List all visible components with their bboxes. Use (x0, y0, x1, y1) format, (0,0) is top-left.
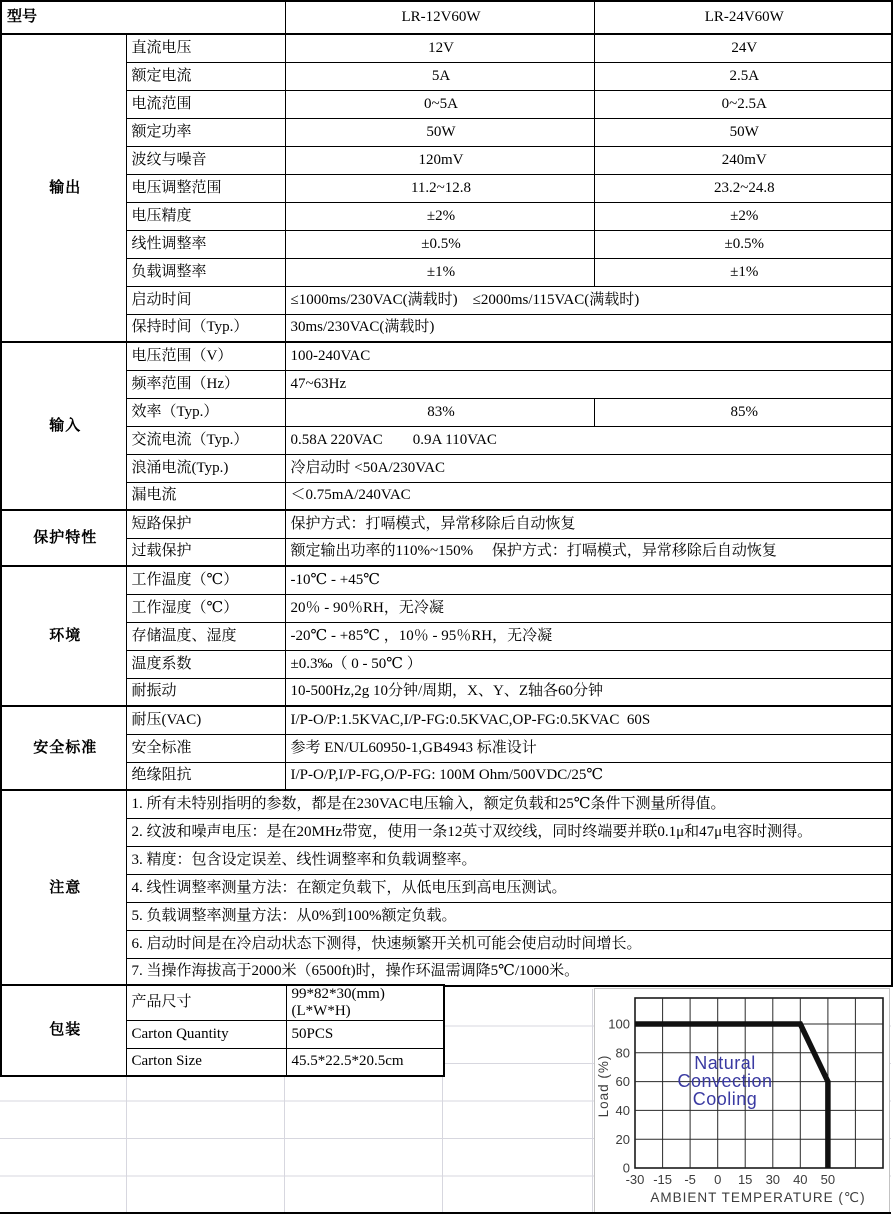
row-value: 0~5A (285, 90, 594, 118)
derating-chart: 100 80 60 40 20 0 -30 -15 -5 0 15 30 40 … (594, 988, 890, 1214)
note-text: 1. 所有未特别指明的参数，都是在230VAC电压输入，额定负载和25℃条件下测… (126, 790, 892, 818)
row-value: 50W (285, 118, 594, 146)
row-label: 频率范围（Hz） (126, 370, 285, 398)
table-bottom-border (0, 1212, 891, 1214)
row-label: 短路保护 (126, 510, 285, 538)
note-text: 2. 纹波和噪声电压：是在20MHz带宽，使用一条12英寸双绞线，同时终端要并联… (126, 818, 892, 846)
x-tick: 30 (766, 1172, 780, 1187)
x-tick-labels: -30 -15 -5 0 15 30 40 50 (626, 1172, 836, 1187)
note-text: 3. 精度：包含设定误差、线性调整率和负载调整率。 (126, 846, 892, 874)
x-tick: -5 (684, 1172, 696, 1187)
row-value: ±1% (594, 258, 892, 286)
row-value: 参考 EN/UL60950-1,GB4943 标准设计 (285, 734, 892, 762)
packaging-table: 包装 产品尺寸 99*82*30(mm)(L*W*H) Carton Quant… (0, 984, 445, 1077)
spec-table: 型号 LR-12V60W LR-24V60W 输出 直流电压 12V 24V 额… (0, 0, 893, 987)
note-text: 5. 负载调整率测量方法：从0%到100%额定负载。 (126, 902, 892, 930)
row-label: 电流范围 (126, 90, 285, 118)
x-tick: 50 (821, 1172, 835, 1187)
row-value: 50PCS (286, 1020, 444, 1048)
row-label: 浪涌电流(Typ.) (126, 454, 285, 482)
row-value: -10℃ - +45℃ (285, 566, 892, 594)
spec-row: 安全标准 耐压(VAC) I/P-O/P:1.5KVAC,I/P-FG:0.5K… (1, 706, 892, 734)
row-value: 保护方式：打嗝模式，异常移除后自动恢复 (285, 510, 892, 538)
x-axis-label: AMBIENT TEMPERATURE (℃) (650, 1190, 865, 1205)
spec-row: 电压调整范围11.2~12.823.2~24.8 (1, 174, 892, 202)
spec-row: 启动时间≤1000ms/230VAC(满载时) ≤2000ms/115VAC(满… (1, 286, 892, 314)
y-tick: 20 (616, 1132, 630, 1147)
spec-row: 输入 电压范围（V） 100-240VAC (1, 342, 892, 370)
spec-row: 注意 1. 所有未特别指明的参数，都是在230VAC电压输入，额定负载和25℃条… (1, 790, 892, 818)
spec-row: 工作湿度（℃）20％ - 90％RH，无冷凝 (1, 594, 892, 622)
spec-row: 保持时间（Typ.）30ms/230VAC(满载时) (1, 314, 892, 342)
derating-chart-svg: 100 80 60 40 20 0 -30 -15 -5 0 15 30 40 … (595, 989, 889, 1213)
y-axis-label: Load (%) (596, 1055, 611, 1118)
row-value: 47~63Hz (285, 370, 892, 398)
y-tick: 100 (608, 1017, 630, 1032)
row-label: 线性调整率 (126, 230, 285, 258)
category-protection: 保护特性 (1, 510, 126, 566)
spec-row: 额定电流5A2.5A (1, 62, 892, 90)
model-name-1: LR-12V60W (285, 1, 594, 34)
row-value: 0.58A 220VAC 0.9A 110VAC (285, 426, 892, 454)
row-value: ±0.5% (594, 230, 892, 258)
row-value: 30ms/230VAC(满载时) (285, 314, 892, 342)
row-value: 11.2~12.8 (285, 174, 594, 202)
row-value: 额定输出功率的110%~150% 保护方式：打嗝模式，异常移除后自动恢复 (285, 538, 892, 566)
category-input: 输入 (1, 342, 126, 510)
row-label: 电压范围（V） (126, 342, 285, 370)
row-label: 温度系数 (126, 650, 285, 678)
spec-row: 频率范围（Hz）47~63Hz (1, 370, 892, 398)
spec-row: 浪涌电流(Typ.)冷启动时 <50A/230VAC (1, 454, 892, 482)
row-label: 直流电压 (126, 34, 285, 62)
spec-row: 温度系数±0.3‰（ 0 - 50℃ ） (1, 650, 892, 678)
note-text: 6. 启动时间是在冷启动状态下测得，快速频繁开关机可能会使启动时间增长。 (126, 930, 892, 958)
row-value: 45.5*22.5*20.5cm (286, 1048, 444, 1076)
row-label: 绝缘阻抗 (126, 762, 285, 790)
row-label: 产品尺寸 (126, 985, 286, 1020)
spec-row: 过载保护额定输出功率的110%~150% 保护方式：打嗝模式，异常移除后自动恢复 (1, 538, 892, 566)
spec-row: 电压精度±2%±2% (1, 202, 892, 230)
row-label: Carton Quantity (126, 1020, 286, 1048)
spec-row: 环境 工作温度（℃） -10℃ - +45℃ (1, 566, 892, 594)
row-value: 0~2.5A (594, 90, 892, 118)
spec-row: 3. 精度：包含设定误差、线性调整率和负载调整率。 (1, 846, 892, 874)
spec-row: 交流电流（Typ.）0.58A 220VAC 0.9A 110VAC (1, 426, 892, 454)
row-label: 波纹与噪音 (126, 146, 285, 174)
category-notes: 注意 (1, 790, 126, 986)
row-value: 冷启动时 <50A/230VAC (285, 454, 892, 482)
spec-row: 效率（Typ.）83%85% (1, 398, 892, 426)
spec-row: 负载调整率±1%±1% (1, 258, 892, 286)
row-value: 5A (285, 62, 594, 90)
model-header-row: 型号 LR-12V60W LR-24V60W (1, 1, 892, 34)
spec-row: 漏电流＜0.75mA/240VAC (1, 482, 892, 510)
grid-line-vertical (592, 989, 593, 1213)
spec-row: 额定功率50W50W (1, 118, 892, 146)
spec-row: 5. 负载调整率测量方法：从0%到100%额定负载。 (1, 902, 892, 930)
row-value: ＜0.75mA/240VAC (285, 482, 892, 510)
y-tick: 40 (616, 1103, 630, 1118)
spec-row: 7. 当操作海拔高于2000米（6500ft)时，操作环温需调降5℃/1000米… (1, 958, 892, 986)
row-label: 额定电流 (126, 62, 285, 90)
spec-row: 线性调整率±0.5%±0.5% (1, 230, 892, 258)
spec-sheet: 型号 LR-12V60W LR-24V60W 输出 直流电压 12V 24V 额… (0, 0, 893, 1218)
row-label: 存储温度、湿度 (126, 622, 285, 650)
annotation-line: Natural (694, 1053, 756, 1073)
spec-row: 存储温度、湿度-20℃ - +85℃ ，10％ - 95％RH，无冷凝 (1, 622, 892, 650)
spec-row: 包装 产品尺寸 99*82*30(mm)(L*W*H) (1, 985, 444, 1020)
y-tick-labels: 100 80 60 40 20 0 (608, 1017, 630, 1176)
x-tick: 15 (738, 1172, 752, 1187)
row-value: 50W (594, 118, 892, 146)
x-tick: -15 (653, 1172, 672, 1187)
spec-row: 安全标准参考 EN/UL60950-1,GB4943 标准设计 (1, 734, 892, 762)
spec-row: 耐振动10-500Hz,2g 10分钟/周期，X、Y、Z轴各60分钟 (1, 678, 892, 706)
spec-row: 波纹与噪音120mV240mV (1, 146, 892, 174)
row-value: 83% (285, 398, 594, 426)
row-label: 电压调整范围 (126, 174, 285, 202)
row-label: 工作湿度（℃） (126, 594, 285, 622)
row-label: 交流电流（Typ.） (126, 426, 285, 454)
note-text: 7. 当操作海拔高于2000米（6500ft)时，操作环温需调降5℃/1000米… (126, 958, 892, 986)
row-label: 漏电流 (126, 482, 285, 510)
row-value: 120mV (285, 146, 594, 174)
spec-row: 输出 直流电压 12V 24V (1, 34, 892, 62)
annotation-line: Convection (677, 1071, 772, 1091)
row-value: 10-500Hz,2g 10分钟/周期，X、Y、Z轴各60分钟 (285, 678, 892, 706)
row-value: I/P-O/P:1.5KVAC,I/P-FG:0.5KVAC,OP-FG:0.5… (285, 706, 892, 734)
spec-row: 绝缘阻抗I/P-O/P,I/P-FG,O/P-FG: 100M Ohm/500V… (1, 762, 892, 790)
row-label: Carton Size (126, 1048, 286, 1076)
y-tick: 60 (616, 1074, 630, 1089)
spec-row: 保护特性 短路保护 保护方式：打嗝模式，异常移除后自动恢复 (1, 510, 892, 538)
row-label: 启动时间 (126, 286, 285, 314)
category-safety: 安全标准 (1, 706, 126, 790)
row-value: ±0.5% (285, 230, 594, 258)
row-value: ±2% (594, 202, 892, 230)
annotation-line: Cooling (693, 1089, 758, 1109)
x-tick: -30 (626, 1172, 645, 1187)
x-tick: 40 (793, 1172, 807, 1187)
row-value: -20℃ - +85℃ ，10％ - 95％RH，无冷凝 (285, 622, 892, 650)
row-label: 保持时间（Typ.） (126, 314, 285, 342)
row-value: I/P-O/P,I/P-FG,O/P-FG: 100M Ohm/500VDC/2… (285, 762, 892, 790)
model-label-cell: 型号 (1, 1, 285, 34)
row-value: ±0.3‰（ 0 - 50℃ ） (285, 650, 892, 678)
category-environment: 环境 (1, 566, 126, 706)
x-tick: 0 (714, 1172, 721, 1187)
category-output: 输出 (1, 34, 126, 342)
category-packaging: 包装 (1, 985, 126, 1076)
row-value: ±2% (285, 202, 594, 230)
row-value: ±1% (285, 258, 594, 286)
spec-row: 6. 启动时间是在冷启动状态下测得，快速频繁开关机可能会使启动时间增长。 (1, 930, 892, 958)
row-label: 安全标准 (126, 734, 285, 762)
row-label: 效率（Typ.） (126, 398, 285, 426)
row-value: ≤1000ms/230VAC(满载时) ≤2000ms/115VAC(满载时) (285, 286, 892, 314)
y-tick: 80 (616, 1046, 630, 1061)
row-value: 20％ - 90％RH，无冷凝 (285, 594, 892, 622)
row-label: 耐振动 (126, 678, 285, 706)
row-value: 85% (594, 398, 892, 426)
row-value: 24V (594, 34, 892, 62)
note-text: 4. 线性调整率测量方法：在额定负载下，从低电压到高电压测试。 (126, 874, 892, 902)
row-value: 99*82*30(mm)(L*W*H) (286, 985, 444, 1020)
row-value: 240mV (594, 146, 892, 174)
row-label: 电压精度 (126, 202, 285, 230)
spec-row: 2. 纹波和噪声电压：是在20MHz带宽，使用一条12英寸双绞线，同时终端要并联… (1, 818, 892, 846)
model-name-2: LR-24V60W (594, 1, 892, 34)
row-label: 额定功率 (126, 118, 285, 146)
row-label: 过载保护 (126, 538, 285, 566)
row-label: 工作温度（℃） (126, 566, 285, 594)
row-value: 12V (285, 34, 594, 62)
row-label: 耐压(VAC) (126, 706, 285, 734)
row-value: 2.5A (594, 62, 892, 90)
spec-row: 4. 线性调整率测量方法：在额定负载下，从低电压到高电压测试。 (1, 874, 892, 902)
row-value: 23.2~24.8 (594, 174, 892, 202)
row-label: 负载调整率 (126, 258, 285, 286)
spec-row: 电流范围0~5A0~2.5A (1, 90, 892, 118)
row-value: 100-240VAC (285, 342, 892, 370)
